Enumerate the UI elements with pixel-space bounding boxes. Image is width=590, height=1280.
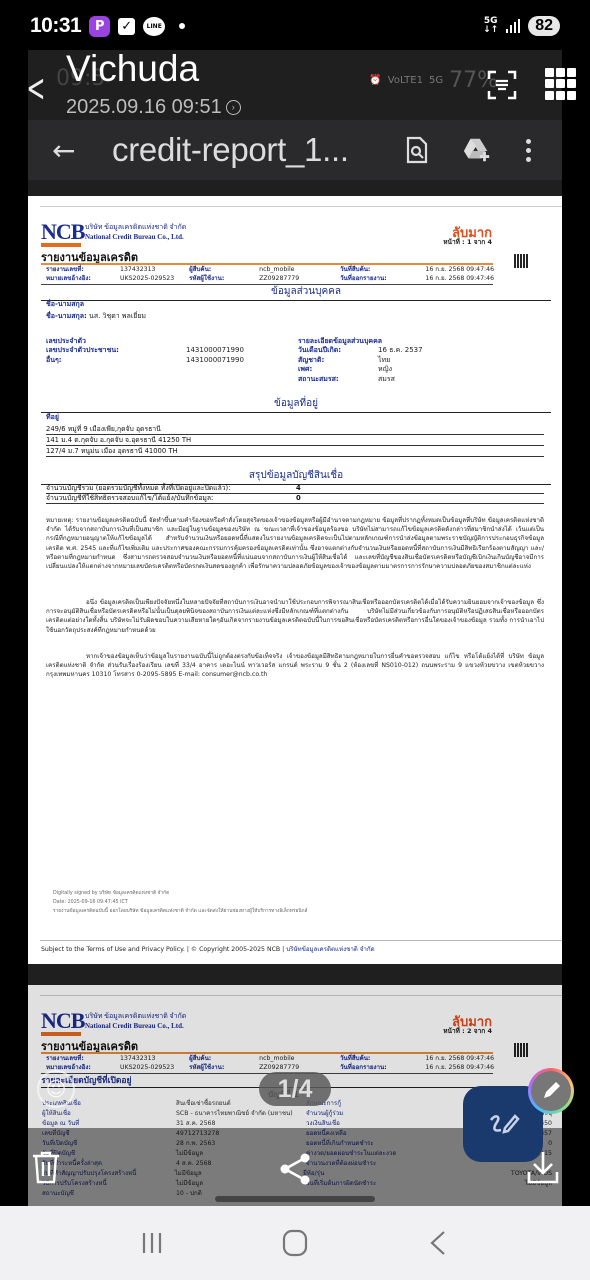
kv-row: สัญชาติ:ไทย: [298, 356, 528, 366]
recents-icon[interactable]: [122, 1223, 182, 1263]
message-timestamp[interactable]: 2025.09.16 09:51 ›: [66, 96, 241, 119]
kv-value: 1431000071990: [186, 356, 244, 366]
drive-add-icon[interactable]: [462, 135, 492, 165]
kv-label: เลขประจำตัวประชาชน:: [46, 346, 186, 356]
section-personal-title: ข้อมูลส่วนบุคคล: [41, 284, 551, 301]
report-meta: รายงานเลขที่: 137432313 ผู้สืบค้น: ncb_m…: [46, 266, 494, 283]
name-row: ชื่อ-นามสกุล: นส. วิชุดา พลเยี่ยม: [46, 311, 146, 322]
meta-label: วันที่สืบค้น:: [340, 266, 405, 275]
share-icon[interactable]: [278, 1152, 312, 1186]
signature-signed-by: Digitally signed by บริษัท ข้อมูลเครดิตแ…: [53, 890, 169, 898]
kv-label: สัญชาติ:: [298, 356, 378, 366]
download-icon[interactable]: [526, 1150, 560, 1184]
page-footer: Subject to the Terms of Use and Privacy …: [41, 944, 375, 954]
meta-label: วันที่ออกรายงาน:: [340, 275, 405, 284]
kv-row: เพศ:หญิง: [298, 365, 528, 375]
app-notification-icon: P: [89, 16, 110, 37]
summary-row: จำนวนบัญชีรวม (ยอดรวมบัญชีทั้งหมด ทั้งที…: [46, 484, 544, 494]
section-address-title: ข้อมูลที่อยู่: [41, 396, 551, 413]
chevron-right-circle-icon: ›: [226, 100, 241, 115]
meta-label: ผู้สืบค้น:: [189, 266, 259, 275]
qr-code-icon: [514, 254, 528, 268]
contact-name: Vichuda: [66, 48, 199, 90]
meta-label: หมายเลขอ้างอิง:: [46, 275, 120, 284]
pen-edit-button[interactable]: [528, 1068, 574, 1114]
kv-value: 1431000071990: [186, 346, 244, 356]
summary-value: 0: [296, 494, 301, 503]
kv-value: 16 ธ.ค. 2537: [378, 346, 423, 356]
kv-label: วันเดือนปีเกิด:: [298, 346, 378, 356]
more-vert-icon[interactable]: [526, 139, 531, 162]
battery-indicator: 82: [528, 16, 560, 36]
company-name-en: National Credit Bureau Co., Ltd.: [85, 232, 186, 242]
smiley-icon[interactable]: ☺: [37, 1070, 75, 1108]
meta-label: รายงานเลขที่:: [46, 266, 120, 275]
address-row: 127/4 ม.7 หนูม่น เมือง อุดรธานี 41000 TH: [46, 447, 544, 457]
kv-row: สถานะสมรส:สมรส: [298, 375, 528, 385]
file-title: credit-report_1...: [112, 131, 372, 169]
disclaimer-paragraph: อนึ่ง ข้อมูลเครดิตเป็นเพียงปัจจัยหนึ่งใน…: [46, 598, 544, 635]
address-row: 141 ม.4 ต.กุดจับ อ.กุดจับ จ.อุดรธานี 412…: [46, 436, 544, 446]
system-nav-bar: [0, 1206, 590, 1280]
name-value: นส. วิชุดา พลเยี่ยม: [89, 312, 146, 320]
timestamp-text: 2025.09.16 09:51: [66, 96, 222, 119]
logo-text: NCB: [41, 222, 84, 242]
address-row: 249/6 หมู่ที่ 9 เมืองเพีย,กุดจับ อุดรธาน…: [46, 425, 544, 435]
meta-value: 16 ก.ย. 2568 09:47:46: [405, 275, 494, 284]
meta-value: ZZ09287779: [259, 275, 340, 284]
home-icon[interactable]: [265, 1223, 325, 1263]
status-bar: 10:31 P ✓ LINE 5G↓↑ 82: [0, 0, 590, 52]
scrollbar[interactable]: [215, 1196, 375, 1202]
grid-menu-icon[interactable]: [545, 68, 577, 100]
network-5g-icon: 5G↓↑: [483, 17, 498, 35]
divider: [40, 206, 562, 207]
kv-label: เพศ:: [298, 365, 378, 375]
pdf-page-1: NCB บริษัท ข้อมูลเครดิตแห่งชาติ จำกัด Na…: [28, 196, 562, 964]
signature-note: รายงานข้อมูลเครดิตฉบับนี้ ออกโดยบริษัท ข…: [53, 908, 307, 916]
company-name-th: บริษัท ข้อมูลเครดิตแห่งชาติ จำกัด: [85, 222, 186, 232]
ghost-status-right: ⏰ VoLTE1 5G 77%: [369, 68, 498, 93]
arrow-left-icon[interactable]: ←: [52, 134, 76, 167]
section-summary-title: สรุปข้อมูลบัญชีสินเชื่อ: [41, 468, 551, 485]
summary-row: จำนวนบัญชีที่ใช้สิทธิตรวจสอบแก้ไข/โต้แย้…: [46, 494, 544, 504]
kv-value: หญิง: [378, 365, 392, 375]
meta-label: รหัสผู้ใช้งาน:: [189, 275, 259, 284]
volte-label: VoLTE1: [388, 75, 423, 86]
draw-signature-icon: [485, 1106, 521, 1142]
name-label: ชื่อ-นามสกุล:: [46, 312, 87, 320]
summary-label: จำนวนบัญชีรวม (ยอดรวมบัญชีทั้งหมด ทั้งที…: [46, 484, 296, 493]
pdf-toolbar: ← credit-report_1...: [28, 120, 562, 180]
signal-icon: [506, 19, 520, 33]
status-right: 5G↓↑ 82: [483, 16, 560, 36]
signature-date: Date: 2025-09-16 09:47:45 ICT: [53, 899, 128, 907]
back-icon[interactable]: [408, 1223, 468, 1263]
line-notification-icon: LINE: [143, 17, 165, 36]
kv-value: สมรส: [378, 375, 395, 385]
text-scan-icon[interactable]: [487, 70, 517, 100]
summary-value: 4: [296, 484, 301, 493]
details-rows: วันเดือนปีเกิด:16 ธ.ค. 2537สัญชาติ:ไทยเพ…: [298, 346, 528, 384]
kv-row: เลขประจำตัวประชาชน:1431000071990: [46, 346, 276, 356]
divider: [40, 940, 562, 941]
meta-value: ncb_mobile: [259, 266, 340, 275]
note-paragraph: หมายเหตุ: รายงานข้อมูลเครดิตฉบับนี้ จัดท…: [46, 516, 544, 571]
page-indicator: 1/4: [259, 1072, 331, 1106]
divider: [41, 263, 493, 265]
more-notifications-dot-icon: [179, 23, 185, 29]
ncb-logo: NCB: [41, 222, 84, 247]
address-heading: ที่อยู่: [46, 412, 59, 423]
kv-row: วันเดือนปีเกิด:16 ธ.ค. 2537: [298, 346, 528, 356]
kv-value: ไทย: [378, 356, 390, 366]
meta-value: 137432313: [120, 266, 189, 275]
meta-value: UKS2025-029523: [120, 275, 189, 284]
screen: 10:31 P ✓ LINE 5G↓↑ 82 09:5 ⏰ VoLTE1 5G …: [0, 0, 590, 1280]
company-name: บริษัท ข้อมูลเครดิตแห่งชาติ จำกัด Nation…: [85, 222, 186, 242]
id-rows: เลขประจำตัวประชาชน:1431000071990อื่นๆ:14…: [46, 346, 276, 365]
kv-label: สถานะสมรส:: [298, 375, 378, 385]
summary-label: จำนวนบัญชีที่ใช้สิทธิตรวจสอบแก้ไข/โต้แย้…: [46, 494, 296, 503]
contact-paragraph: หากเจ้าของข้อมูลเห็นว่าข้อมูลในรายงานฉบั…: [46, 652, 544, 680]
trash-icon[interactable]: [30, 1150, 62, 1184]
kv-label: อื่นๆ:: [46, 356, 186, 366]
status-time: 10:31: [30, 14, 81, 38]
ghost-network: 5G: [429, 75, 443, 86]
alarm-icon: ⏰: [369, 75, 381, 86]
search-document-icon[interactable]: [402, 135, 432, 165]
chevron-left-icon[interactable]: <: [26, 66, 45, 110]
name-heading: ชื่อ-นามสกุล: [46, 299, 84, 310]
footer-link[interactable]: บริษัทข้อมูลเครดิตแห่งชาติ จำกัด: [286, 946, 374, 953]
meta-value: 16 ก.ย. 2568 09:47:46: [405, 266, 494, 275]
pen-edit-icon: [540, 1080, 562, 1102]
checkbox-notification-icon: ✓: [118, 18, 135, 35]
page-number: หน้าที่ : 1 จาก 4: [443, 237, 492, 247]
kv-row: อื่นๆ:1431000071990: [46, 356, 276, 366]
footer-text: Subject to the Terms of Use and Privacy …: [41, 946, 286, 953]
